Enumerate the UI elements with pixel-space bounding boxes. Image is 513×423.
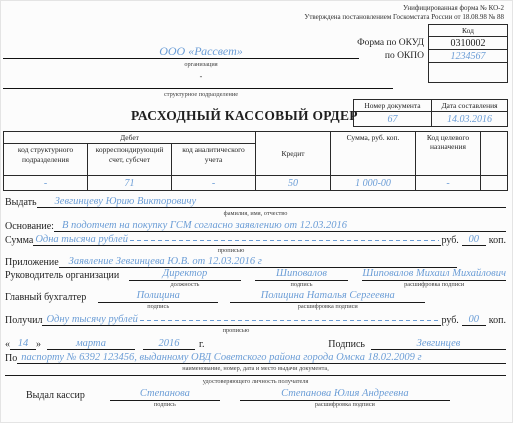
sum-row: Сумма Одна тысяча рублей руб. 00 коп. bbox=[5, 234, 506, 246]
date-signature-row: « 14 » марта 2016 г. Подпись Зевгинцев bbox=[5, 338, 506, 350]
sum-hint: прописью bbox=[31, 247, 431, 254]
cashier-signature-hint: подпись bbox=[110, 401, 220, 408]
doc-number-value: 67 bbox=[354, 112, 432, 127]
doc-date-label: Дата составления bbox=[432, 100, 508, 112]
code-box-empty-cell bbox=[429, 63, 508, 83]
okpo-label: по ОКПО bbox=[385, 51, 424, 61]
head-fullname-value: Шиповалов Михаил Михайлович bbox=[362, 268, 506, 281]
document-label: По bbox=[5, 353, 17, 364]
document-hint2: удостоверяющего личность получателя bbox=[5, 378, 506, 385]
head-position-hint: должность bbox=[129, 281, 240, 288]
identity-document-row: По паспорту № 6392 123456, выданному ОВД… bbox=[5, 352, 506, 364]
head-signature-value: Шиповалов bbox=[255, 268, 349, 281]
subdivision-value: - bbox=[101, 72, 301, 81]
recipient-signature-value: Зевгинцев bbox=[371, 338, 506, 350]
basis-row: Основание: В подотчет на покупку ГСМ сог… bbox=[5, 220, 506, 232]
empty-value-cell bbox=[481, 176, 508, 191]
correspondent-value: 71 bbox=[88, 176, 172, 191]
cashier-signature-value: Степанова bbox=[110, 388, 220, 401]
form-note-line1: Унифицированная форма № КО-2 bbox=[403, 4, 504, 12]
signature-label: Подпись bbox=[328, 339, 365, 350]
analytical-value: - bbox=[172, 176, 256, 191]
date-day-value: 14 bbox=[10, 338, 36, 350]
issue-hint: фамилия, имя, отчество bbox=[5, 210, 506, 217]
number-date-table: Номер документа Дата составления 67 14.0… bbox=[353, 99, 508, 127]
cash-order-form: Унифицированная форма № КО-2 Утверждена … bbox=[0, 0, 513, 423]
accountant-signature-hint: подпись bbox=[98, 303, 218, 310]
accounts-table: Дебет Кредит Сумма, руб. коп. Код целево… bbox=[3, 131, 508, 191]
accountant-signature-value: Полицина bbox=[98, 290, 218, 303]
code-box-header: Код bbox=[429, 25, 508, 37]
analytical-header: код аналитического учета bbox=[172, 144, 256, 176]
subdivision-hint: структурное подразделение bbox=[101, 91, 301, 98]
year-suffix: г. bbox=[199, 339, 204, 350]
document-value: паспорту № 6392 123456, выданному ОВД Со… bbox=[17, 352, 506, 364]
head-label: Руководитель организации bbox=[5, 270, 119, 281]
form-note-line2: Утверждена постановлением Госкомстата Ро… bbox=[304, 13, 504, 21]
received-kop-value: 00 bbox=[462, 314, 486, 326]
cashier-row: Выдал кассир Степанова подпись Степанова… bbox=[26, 388, 506, 408]
credit-header: Кредит bbox=[256, 132, 331, 176]
head-signature-hint: подпись bbox=[255, 281, 349, 288]
okud-value: 0310002 bbox=[429, 37, 508, 50]
okpo-value: 1234567 bbox=[429, 50, 508, 63]
head-signature-row: Руководитель организации Директор должно… bbox=[5, 268, 506, 288]
attachment-label: Приложение bbox=[5, 257, 59, 268]
debit-header: Дебет bbox=[4, 132, 256, 144]
head-position-value: Директор bbox=[129, 268, 240, 281]
sum-kop-value: 00 bbox=[462, 234, 486, 246]
document-title: РАСХОДНЫЙ КАССОВЫЙ ОРДЕР bbox=[131, 108, 358, 124]
issue-row: Выдать Зевгинцеву Юрию Викторовичу bbox=[5, 196, 506, 208]
structural-header: код структурного подразделения bbox=[4, 144, 88, 176]
accountant-fullname-hint: расшифровка подписи bbox=[230, 303, 425, 310]
cashier-fullname-hint: расшифровка подписи bbox=[240, 401, 450, 408]
dash-filler bbox=[130, 240, 440, 241]
received-label: Получил bbox=[5, 315, 42, 326]
cashier-label: Выдал кассир bbox=[26, 390, 85, 401]
rub-label: руб. bbox=[441, 315, 458, 326]
organization-value: ООО «Рассвет» bbox=[101, 44, 301, 59]
amount-value: 1 000-00 bbox=[331, 176, 416, 191]
issue-label: Выдать bbox=[5, 197, 37, 208]
separator-line bbox=[5, 375, 506, 376]
okud-label: Форма по ОКУД bbox=[357, 38, 424, 48]
dash-filler bbox=[140, 320, 440, 321]
quote-close: » bbox=[36, 339, 41, 350]
doc-number-label: Номер документа bbox=[354, 100, 432, 112]
received-value: Одну тысячу рублей bbox=[42, 314, 137, 325]
document-hint: наименование, номер, дата и место выдачи… bbox=[5, 365, 506, 372]
basis-label: Основание: bbox=[5, 221, 54, 232]
kop-label: коп. bbox=[489, 315, 506, 326]
kop-label: коп. bbox=[489, 235, 506, 246]
organization-hint: организация bbox=[101, 61, 301, 68]
code-box: Код 0310002 1234567 bbox=[428, 24, 508, 83]
date-month-value: марта bbox=[47, 338, 135, 350]
basis-value: В подотчет на покупку ГСМ согласно заявл… bbox=[54, 220, 506, 232]
accountant-signature-row: Главный бухгалтер Полицина подпись Полиц… bbox=[5, 290, 506, 310]
sum-value: Одна тысяча рублей bbox=[33, 234, 128, 245]
subdivision-line bbox=[3, 88, 393, 89]
structural-value: - bbox=[4, 176, 88, 191]
amount-header: Сумма, руб. коп. bbox=[331, 132, 416, 176]
date-year-value: 2016 bbox=[143, 338, 195, 350]
issue-value: Зевгинцеву Юрию Викторовичу bbox=[37, 196, 506, 208]
rub-label: руб. bbox=[441, 235, 458, 246]
accountant-fullname-value: Полицина Наталья Сергеевна bbox=[230, 290, 425, 303]
attachment-value: Заявление Зевгинцева Ю.В. от 12.03.2016 … bbox=[59, 256, 457, 268]
purpose-header: Код целевого назначения bbox=[416, 132, 481, 176]
head-fullname-hint: расшифровка подписи bbox=[362, 281, 506, 288]
attachment-row: Приложение Заявление Зевгинцева Ю.В. от … bbox=[5, 256, 457, 268]
accountant-label: Главный бухгалтер bbox=[5, 292, 86, 303]
purpose-value: - bbox=[416, 176, 481, 191]
sum-label: Сумма bbox=[5, 235, 33, 246]
cashier-fullname-value: Степанова Юлия Андреевна bbox=[240, 388, 450, 401]
doc-date-value: 14.03.2016 bbox=[432, 112, 508, 127]
received-row: Получил Одну тысячу рублей руб. 00 коп. bbox=[5, 314, 506, 326]
received-hint: прописью bbox=[36, 327, 436, 334]
correspondent-header: корреспондирующий счет, субсчет bbox=[88, 144, 172, 176]
credit-value: 50 bbox=[256, 176, 331, 191]
empty-column bbox=[481, 132, 508, 176]
organization-line bbox=[3, 58, 359, 59]
